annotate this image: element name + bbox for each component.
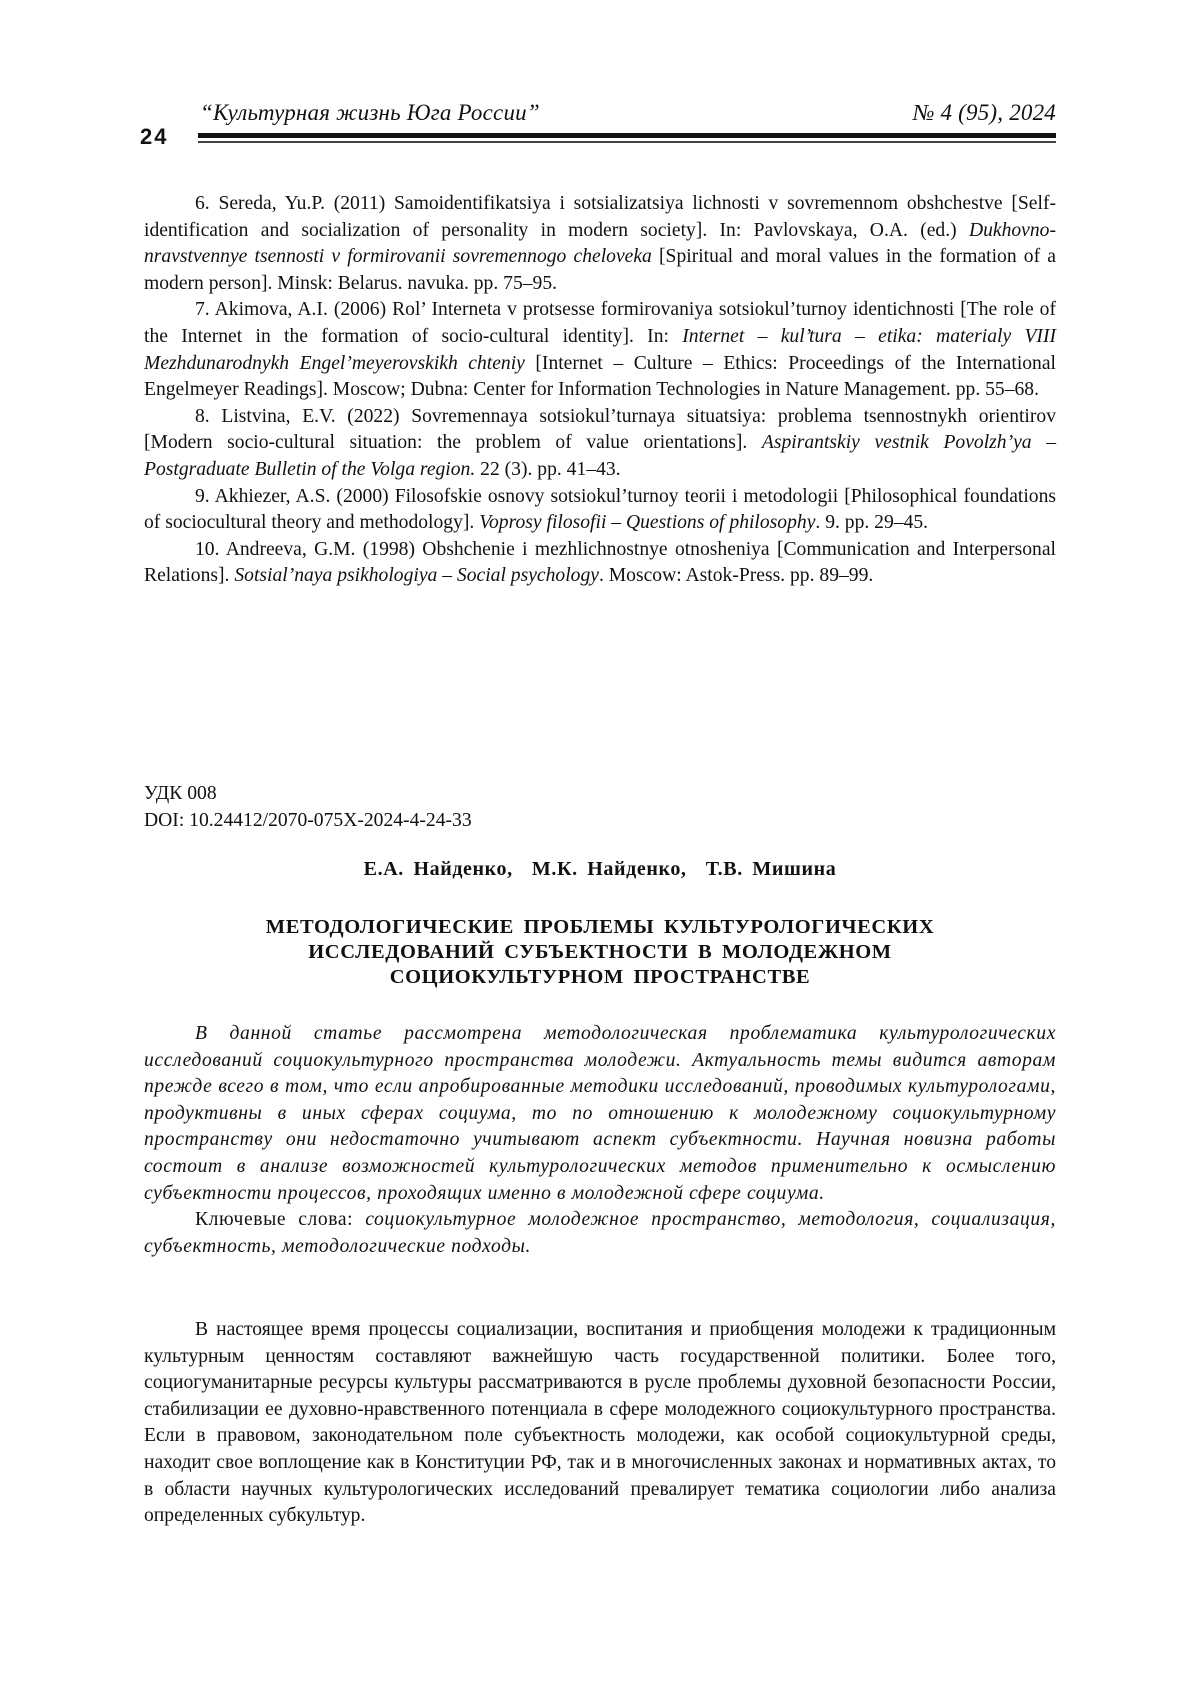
title-line: СОЦИОКУЛЬТУРНОМ ПРОСТРАНСТВЕ (144, 965, 1056, 990)
reference-item: 8. Listvina, E.V. (2022) Sovremennaya so… (144, 404, 1056, 484)
reference-text: 6. Sereda, Yu.P. (2011) Samoidentifikats… (144, 193, 1056, 241)
references-list: 6. Sereda, Yu.P. (2011) Samoidentifikats… (144, 191, 1056, 590)
reference-item: 9. Akhiezer, A.S. (2000) Filosofskie osn… (144, 484, 1056, 537)
title-line: МЕТОДОЛОГИЧЕСКИЕ ПРОБЛЕМЫ КУЛЬТУРОЛОГИЧЕ… (144, 915, 1056, 940)
article-title: МЕТОДОЛОГИЧЕСКИЕ ПРОБЛЕМЫ КУЛЬТУРОЛОГИЧЕ… (144, 915, 1056, 990)
reference-item: 7. Akimova, A.I. (2006) Rol’ Interneta v… (144, 297, 1056, 403)
journal-page: “Культурная жизнь Юга России” № 4 (95), … (0, 0, 1200, 1698)
reference-source-title: Sotsial’naya psikhologiya – Social psych… (234, 565, 599, 586)
header-rule-thin (198, 141, 1056, 143)
reference-text: . 9. pp. 29–45. (815, 512, 928, 533)
journal-title: “Культурная жизнь Юга России” (200, 100, 540, 126)
title-line: ИССЛЕДОВАНИЙ СУБЪЕКТНОСТИ В МОЛОДЕЖНОМ (144, 940, 1056, 965)
reference-item: 6. Sereda, Yu.P. (2011) Samoidentifikats… (144, 191, 1056, 297)
doi: DOI: 10.24412/2070-075X-2024-4-24-33 (144, 808, 472, 835)
reference-source-title: Voprosy filosofii – Questions of philoso… (479, 512, 815, 533)
abstract-text: В данной статье рассмотрена методологиче… (144, 1021, 1056, 1207)
body-paragraph: В настоящее время процессы социализации,… (144, 1317, 1056, 1530)
abstract-section: В данной статье рассмотрена методологиче… (144, 1021, 1056, 1260)
running-header: “Культурная жизнь Юга России” № 4 (95), … (200, 100, 1056, 134)
issue-number: № 4 (95), 2024 (913, 100, 1056, 126)
reference-item: 10. Andreeva, G.M. (1998) Obshchenie i m… (144, 537, 1056, 590)
keywords: Ключевые слова: социокультурное молодежн… (144, 1207, 1056, 1260)
keywords-label: Ключевые слова: (195, 1209, 365, 1230)
page-number: 24 (140, 124, 168, 150)
article-metadata: УДК 008 DOI: 10.24412/2070-075X-2024-4-2… (144, 781, 472, 834)
reference-text: . Moscow: Astok-Press. pp. 89–99. (599, 565, 873, 586)
header-rule-thick (198, 133, 1056, 138)
article-authors: Е.А. Найденко, М.К. Найденко, Т.В. Мишин… (144, 858, 1056, 881)
article-body: В настоящее время процессы социализации,… (144, 1317, 1056, 1530)
reference-text: 22 (3). pp. 41–43. (475, 459, 620, 480)
udc-code: УДК 008 (144, 781, 472, 808)
